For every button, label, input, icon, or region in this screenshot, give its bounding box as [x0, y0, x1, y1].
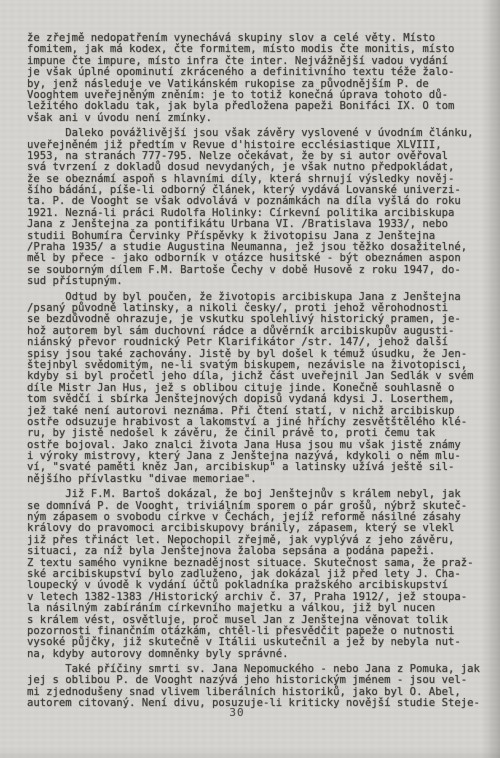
text-line: situaci, za níž byla Jenštejnova žaloba …: [27, 546, 492, 557]
page-edge-shadow-bottom: [0, 748, 500, 758]
text-line: sud přístupným.: [27, 276, 492, 287]
document-text: že zřejmě nedopatřením vynechává skupiny…: [27, 33, 492, 710]
text-line: niánský převor roudnický Petr Klarifikát…: [27, 337, 492, 348]
text-line: tom svědčí i sbírka Jenštejnových dopisů…: [27, 394, 492, 405]
text-line: však ani v úvodu není zmínky.: [27, 113, 492, 124]
text-line: svá tvrzení z dokladů dosud nevydaných, …: [27, 162, 492, 173]
text-line: vysoké půjčky, již skutečně v Itálii usk…: [27, 637, 492, 648]
paragraph-5: Také příčiny smrti sv. Jana Nepomuckého …: [27, 664, 492, 710]
text-line: la násilným zabíráním církevního majetku…: [27, 603, 492, 614]
text-line: ru, by jistě nedošel k závěru, že činil …: [27, 428, 492, 439]
page-number: 30: [0, 706, 474, 719]
paragraph-3: Odtud by byl poučen, že životopis arcibi…: [27, 292, 492, 486]
text-line: je však úplné opominutí zkráceného a def…: [27, 67, 492, 78]
paragraph-2: Daleko povážlivější jsou však závěry vys…: [27, 128, 492, 287]
text-line: Již F.M. Bartoš dokázal, že boj Jenštejn…: [27, 489, 492, 500]
paragraph-1: že zřejmě nedopatřením vynechává skupiny…: [27, 33, 492, 124]
paragraph-4: Již F.M. Bartoš dokázal, že boj Jenštejn…: [27, 489, 492, 660]
text-line: na, kdyby autorovy domněnky byly správné…: [27, 649, 492, 660]
scanned-page: { "page": { "number": "30", "background_…: [0, 0, 500, 758]
text-line: Daleko povážlivější jsou však závěry vys…: [27, 128, 492, 139]
text-line: nějšího přívlastku "divae memoriae".: [27, 474, 492, 485]
text-line: Jana z Jenštejna za pontifikátu Urbana V…: [27, 219, 492, 230]
text-line: kdyby si byl pročetl jeho díla, jichž čá…: [27, 371, 492, 382]
